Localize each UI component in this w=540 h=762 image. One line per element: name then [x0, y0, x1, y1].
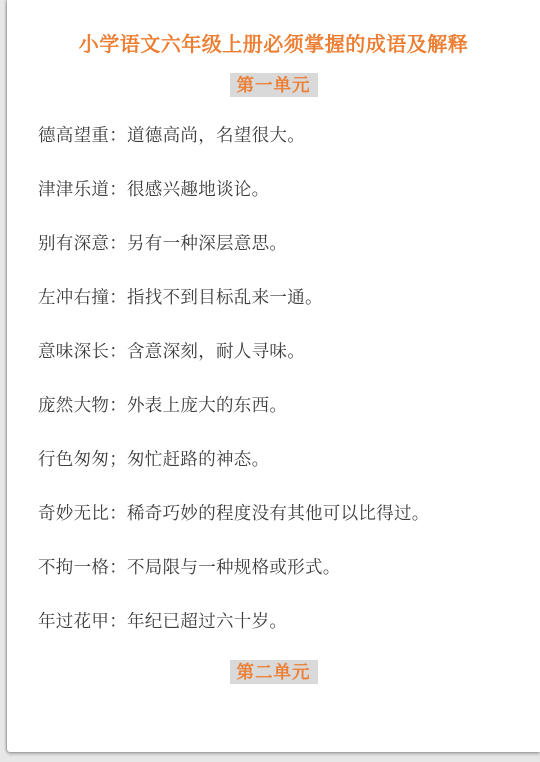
idiom-entry: 庞然大物：外表上庞大的东西。 — [7, 377, 540, 431]
idiom-entry-text: 德高望重：道德高尚，名望很大。 — [38, 122, 305, 147]
idiom-entry-text: 别有深意：另有一种深层意思。 — [38, 230, 287, 255]
idiom-entry-text: 意味深长：含意深刻，耐人寻味。 — [38, 338, 305, 363]
idiom-entry: 年过花甲：年纪已超过六十岁。 — [7, 593, 540, 647]
idiom-entry: 津津乐道：很感兴趣地谈论。 — [7, 161, 540, 215]
section-heading-2-row: 第二单元 — [7, 660, 540, 686]
document-page: 小学语文六年级上册必须掌握的成语及解释 第一单元 德高望重：道德高尚，名望很大。… — [7, 0, 540, 752]
idiom-entry: 意味深长：含意深刻，耐人寻味。 — [7, 323, 540, 377]
page-title: 小学语文六年级上册必须掌握的成语及解释 — [7, 0, 540, 57]
idiom-entry-text: 庞然大物：外表上庞大的东西。 — [38, 392, 287, 417]
idiom-entry: 奇妙无比：稀奇巧妙的程度没有其他可以比得过。 — [7, 485, 540, 539]
section-heading-2: 第二单元 — [230, 660, 318, 684]
idiom-entry-text: 左冲右撞：指找不到目标乱来一通。 — [38, 284, 323, 309]
idiom-entry-text: 奇妙无比：稀奇巧妙的程度没有其他可以比得过。 — [38, 500, 430, 525]
section-heading-1: 第一单元 — [230, 73, 318, 97]
idiom-entry-text: 津津乐道：很感兴趣地谈论。 — [38, 176, 269, 201]
idiom-list: 德高望重：道德高尚，名望很大。 津津乐道：很感兴趣地谈论。 别有深意：另有一种深… — [7, 107, 540, 647]
idiom-entry-text: 不拘一格：不局限与一种规格或形式。 — [38, 554, 341, 579]
idiom-entry-text: 年过花甲：年纪已超过六十岁。 — [38, 608, 287, 633]
idiom-entry: 别有深意：另有一种深层意思。 — [7, 215, 540, 269]
idiom-entry: 行色匆匆；匆忙赶路的神态。 — [7, 431, 540, 485]
idiom-entry: 不拘一格：不局限与一种规格或形式。 — [7, 539, 540, 593]
section-heading-1-row: 第一单元 — [7, 73, 540, 99]
idiom-entry-text: 行色匆匆；匆忙赶路的神态。 — [38, 446, 269, 471]
idiom-entry: 左冲右撞：指找不到目标乱来一通。 — [7, 269, 540, 323]
idiom-entry: 德高望重：道德高尚，名望很大。 — [7, 107, 540, 161]
